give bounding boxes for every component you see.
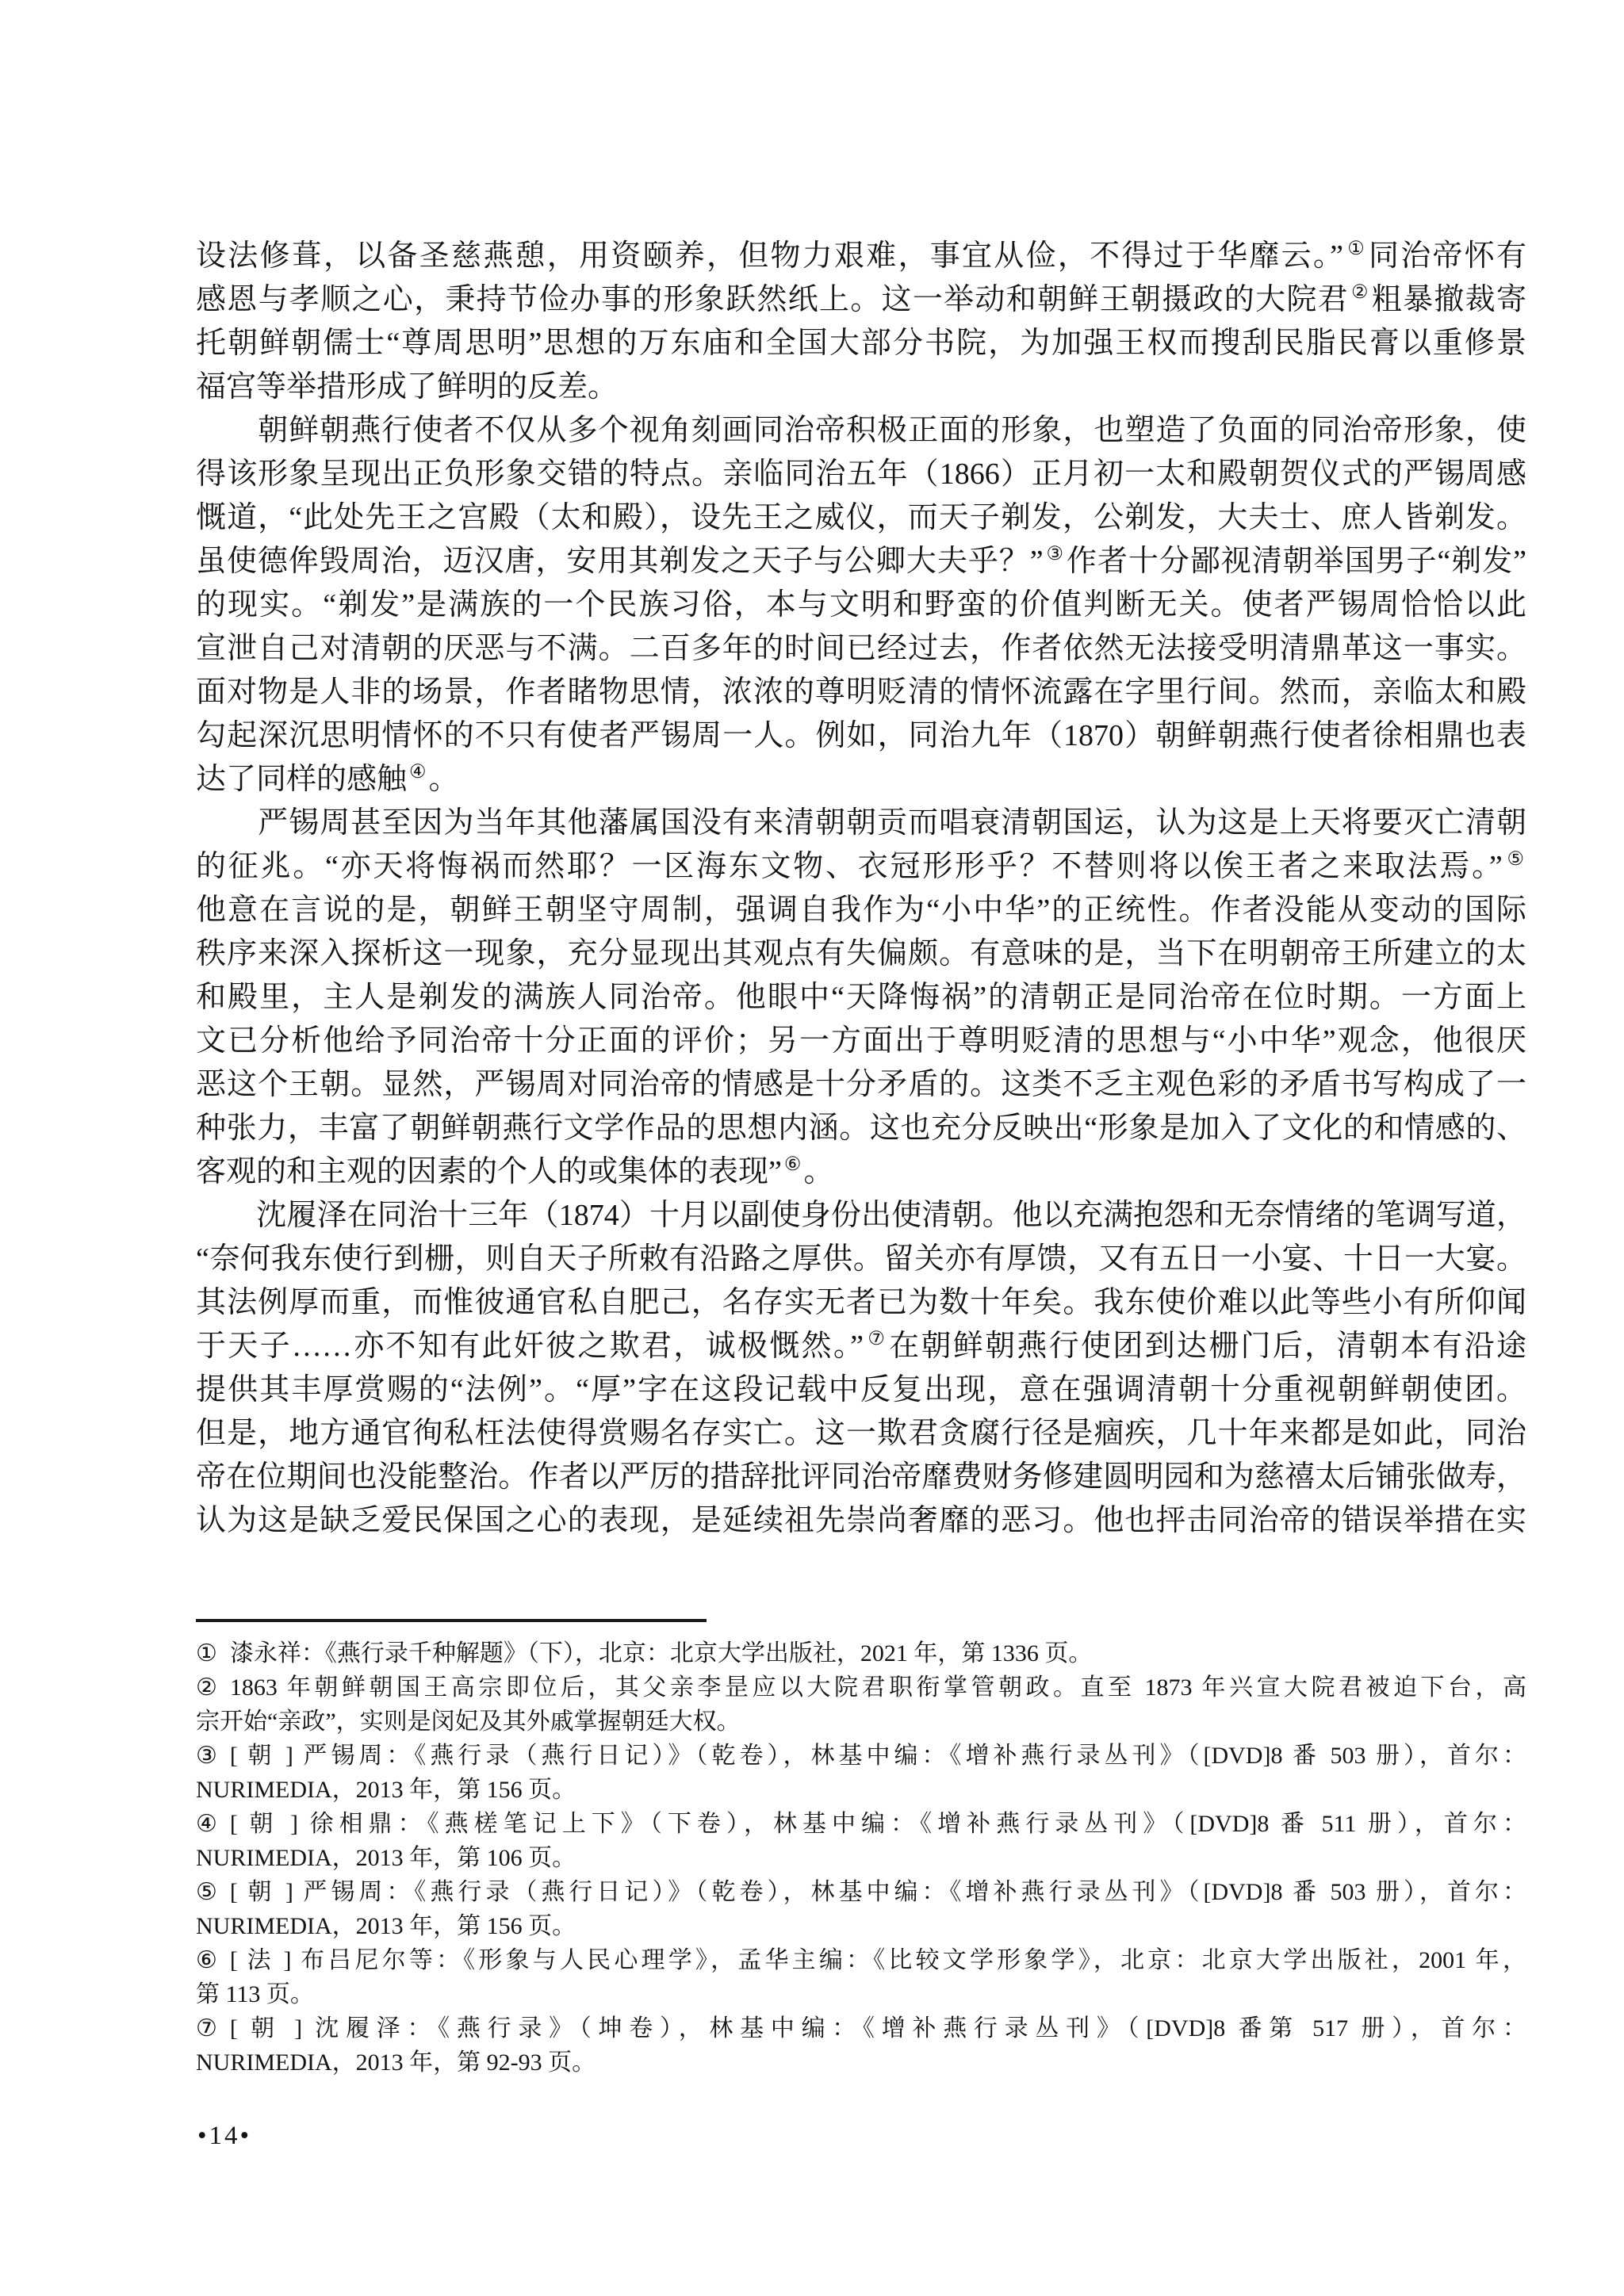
body-line: 设法修葺，以备圣慈燕憩，用资颐养，但物力艰难，事宜从俭，不得过于华靡云。”①同治… (196, 235, 1526, 278)
body-line: 宣泄自己对清朝的厌恶与不满。二百多年的时间已经过去，作者依然无法接受明清鼎革这一… (196, 627, 1526, 671)
footnote-item: ⑤[ 朝 ] 严锡周：《燕行录（燕行日记）》（乾卷），林基中编：《增补燕行录丛刊… (196, 1875, 1526, 1943)
body-line: 文已分析他给予同治帝十分正面的评价；另一方面出于尊明贬清的思想与“小中华”观念，… (196, 1020, 1526, 1063)
footnote-ref: ③ (1044, 544, 1067, 564)
body-line: 但是，地方通官徇私枉法使得赏赐名存实亡。这一欺君贪腐行径是痼疾，几十年来都是如此… (196, 1412, 1526, 1456)
footnote-ref: ⑦ (864, 1329, 889, 1349)
footnote-line: NURIMEDIA，2013 年，第 106 页。 (196, 1841, 1526, 1875)
body-line: 感恩与孝顺之心，秉持节俭办事的形象跃然纸上。这一举动和朝鲜王朝摄政的大院君②粗暴… (196, 278, 1526, 322)
body-line: 虽使德侔毁周治，迈汉唐，安用其剃发之天子与公卿大夫乎？”③作者十分鄙视清朝举国男… (196, 540, 1526, 584)
footnote-line: 宗开始“亲政”，实则是闵妃及其外戚掌握朝廷大权。 (196, 1705, 1526, 1739)
body-line: 严锡周甚至因为当年其他藩属国没有来清朝朝贡而唱衰清朝国运，认为这是上天将要灭亡清… (196, 802, 1526, 845)
body-line: 恶这个王朝。显然，严锡周对同治帝的情感是十分矛盾的。这类不乏主观色彩的矛盾书写构… (196, 1063, 1526, 1107)
page-number: •14• (197, 2122, 251, 2151)
footnote-item: ⑥[ 法 ] 布吕尼尔等：《形象与人民心理学》，孟华主编：《比较文学形象学》，北… (196, 1943, 1526, 2011)
footnote-ref: ① (1343, 239, 1369, 259)
body-line: 认为这是缺乏爱民保国之心的表现，是延续祖先崇尚奢靡的恶习。他也抨击同治帝的错误举… (196, 1499, 1526, 1543)
body-line: 达了同样的感触④。 (196, 758, 1526, 802)
body-line: 朝鲜朝燕行使者不仅从多个视角刻画同治帝积极正面的形象，也塑造了负面的同治帝形象，… (196, 409, 1526, 453)
footnote-line: ⑥[ 法 ] 布吕尼尔等：《形象与人民心理学》，孟华主编：《比较文学形象学》，北… (196, 1943, 1526, 1977)
footnote-line: ①漆永祥：《燕行录千种解题》（下），北京：北京大学出版社，2021 年，第 13… (196, 1636, 1526, 1670)
body-text: 设法修葺，以备圣慈燕憩，用资颐养，但物力艰难，事宜从俭，不得过于华靡云。”①同治… (196, 235, 1526, 1543)
footnote-marker: ⑦ (196, 2011, 217, 2045)
footnote-marker: ④ (196, 1807, 217, 1841)
body-line: 的现实。“剃发”是满族的一个民族习俗，本与文明和野蛮的价值判断无关。使者严锡周恰… (196, 584, 1526, 627)
footnote-item: ⑦[ 朝 ] 沈履泽：《燕行录》（坤卷），林基中编：《增补燕行录丛刊》（[DVD… (196, 2011, 1526, 2080)
body-line: 福宫等举措形成了鲜明的反差。 (196, 365, 1526, 409)
footnote-line: NURIMEDIA，2013 年，第 156 页。 (196, 1773, 1526, 1807)
footnote-marker: ⑥ (196, 1943, 217, 1977)
footnote-ref: ② (1349, 282, 1372, 303)
body-line: 得该形象呈现出正负形象交错的特点。亲临同治五年（1866）正月初一太和殿朝贺仪式… (196, 453, 1526, 496)
body-line: 的征兆。“亦天将悔祸而然耶？一区海东文物、衣冠形形乎？不替则将以俟王者之来取法焉… (196, 845, 1526, 889)
body-line: 客观的和主观的因素的个人的或集体的表现”⑥。 (196, 1150, 1526, 1194)
footnote-item: ④[ 朝 ] 徐相鼎：《燕槎笔记上下》（下卷），林基中编：《增补燕行录丛刊》（[… (196, 1807, 1526, 1875)
footnote-item: ①漆永祥：《燕行录千种解题》（下），北京：北京大学出版社，2021 年，第 13… (196, 1636, 1526, 1670)
body-line: 其法例厚而重，而惟彼通官私自肥己，名存实无者已为数十年矣。我东使价难以此等些小有… (196, 1281, 1526, 1325)
footnote-line: NURIMEDIA，2013 年，第 156 页。 (196, 1909, 1526, 1943)
footnote-marker: ③ (196, 1739, 217, 1773)
body-line: 于天子……亦不知有此奸彼之欺君，诚极慨然。”⑦在朝鲜朝燕行使团到达栅门后，清朝本… (196, 1325, 1526, 1368)
body-line: 面对物是人非的场景，作者睹物思情，浓浓的尊明贬清的情怀流露在字里行间。然而，亲临… (196, 671, 1526, 714)
footnote-marker: ① (196, 1636, 217, 1670)
body-line: 种张力，丰富了朝鲜朝燕行文学作品的思想内涵。这也充分反映出“形象是加入了文化的和… (196, 1107, 1526, 1150)
body-line: 提供其丰厚赏赐的“法例”。“厚”字在这段记载中反复出现，意在强调清朝十分重视朝鲜… (196, 1368, 1526, 1412)
footnote-item: ②1863 年朝鲜朝国王高宗即位后，其父亲李昰应以大院君职衔掌管朝政。直至 18… (196, 1670, 1526, 1739)
body-line: 秩序来深入探析这一现象，充分显现出其观点有失偏颇。有意味的是，当下在明朝帝王所建… (196, 932, 1526, 976)
footnote-line: ⑤[ 朝 ] 严锡周：《燕行录（燕行日记）》（乾卷），林基中编：《增补燕行录丛刊… (196, 1875, 1526, 1909)
footnote-line: NURIMEDIA，2013 年，第 92-93 页。 (196, 2045, 1526, 2080)
body-line: 沈履泽在同治十三年（1874）十月以副使身份出使清朝。他以充满抱怨和无奈情绪的笔… (196, 1194, 1526, 1238)
footnote-separator (196, 1619, 707, 1622)
footnote-line: 第 113 页。 (196, 1977, 1526, 2011)
body-line: 托朝鲜朝儒士“尊周思明”思想的万东庙和全国大部分书院，为加强王权而搜刮民脂民膏以… (196, 322, 1526, 365)
footnote-line: ⑦[ 朝 ] 沈履泽：《燕行录》（坤卷），林基中编：《增补燕行录丛刊》（[DVD… (196, 2011, 1526, 2045)
footnote-line: ③[ 朝 ] 严锡周：《燕行录（燕行日记）》（乾卷），林基中编：《增补燕行录丛刊… (196, 1739, 1526, 1773)
body-line: 和殿里，主人是剃发的满族人同治帝。他眼中“天降悔祸”的清朝正是同治帝在位时期。一… (196, 976, 1526, 1020)
footnote-ref: ⑥ (782, 1154, 804, 1175)
footnote-marker: ② (196, 1670, 217, 1705)
footnote-line: ④[ 朝 ] 徐相鼎：《燕槎笔记上下》（下卷），林基中编：《增补燕行录丛刊》（[… (196, 1807, 1526, 1841)
footnote-marker: ⑤ (196, 1875, 217, 1909)
body-line: 他意在言说的是，朝鲜王朝坚守周制，强调自我作为“小中华”的正统性。作者没能从变动… (196, 889, 1526, 932)
footnote-ref: ⑤ (1503, 849, 1526, 870)
body-line: “奈何我东使行到栅，则自天子所敕有沿路之厚供。留关亦有厚馈，又有五日一小宴、十日… (196, 1238, 1526, 1281)
footnote-ref: ④ (407, 762, 429, 783)
document-page: 设法修葺，以备圣慈燕憩，用资颐养，但物力艰难，事宜从俭，不得过于华靡云。”①同治… (0, 0, 1624, 2296)
footnotes: ①漆永祥：《燕行录千种解题》（下），北京：北京大学出版社，2021 年，第 13… (196, 1636, 1526, 2080)
body-line: 慨道，“此处先王之宫殿（太和殿），设先王之威仪，而天子剃发，公剃发，大夫士、庶人… (196, 496, 1526, 540)
footnote-line: ②1863 年朝鲜朝国王高宗即位后，其父亲李昰应以大院君职衔掌管朝政。直至 18… (196, 1670, 1526, 1705)
body-line: 帝在位期间也没能整治。作者以严厉的措辞批评同治帝靡费财务修建圆明园和为慈禧太后铺… (196, 1456, 1526, 1499)
body-line: 勾起深沉思明情怀的不只有使者严锡周一人。例如，同治九年（1870）朝鲜朝燕行使者… (196, 714, 1526, 758)
footnote-item: ③[ 朝 ] 严锡周：《燕行录（燕行日记）》（乾卷），林基中编：《增补燕行录丛刊… (196, 1739, 1526, 1807)
